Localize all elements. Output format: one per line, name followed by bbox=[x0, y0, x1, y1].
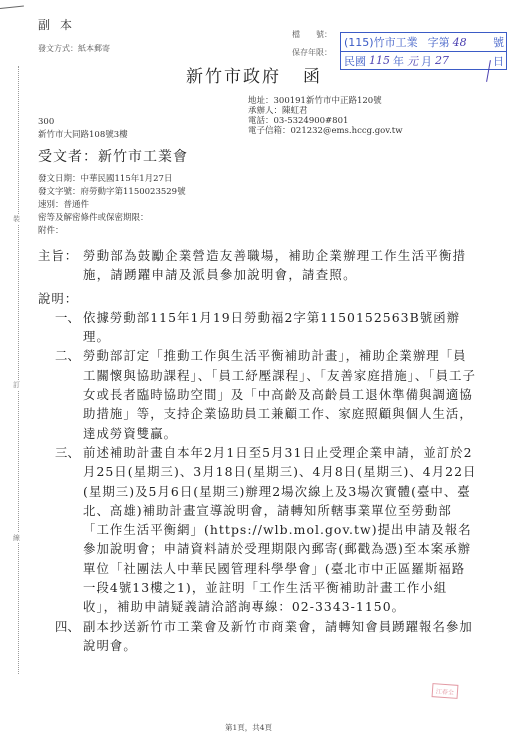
page-number: 第1頁，共4頁 bbox=[225, 722, 272, 733]
explanation-item-4: 四、 副本抄送新竹市工業會及新竹市商業會，請轉知會員踴躍報名參加說明會。 bbox=[38, 617, 498, 656]
item-number: 一、 bbox=[38, 308, 83, 347]
contact-block: 地址：300191新竹市中正路120號 承辦人：陳虹君 電話：03-532490… bbox=[248, 96, 403, 136]
subject-text: 勞動部為鼓勵企業營造友善職場，補助企業辦理工作生活平衡措施，請踴躍申請及派員參加… bbox=[83, 246, 478, 285]
contact-handler: 承辦人：陳虹君 bbox=[248, 106, 403, 116]
stamp-handwritten-day: 27 bbox=[435, 54, 449, 67]
document-body: 主旨： 勞動部為鼓勵企業營造友善職場，補助企業辦理工作生活平衡措施，請踴躍申請及… bbox=[38, 246, 498, 655]
issue-date: 發文日期：中華民國115年1月27日 bbox=[38, 173, 186, 186]
retention-period-label: 保存年限： bbox=[292, 44, 332, 62]
issuing-org: 新竹市政府 bbox=[186, 67, 281, 87]
receipt-stamp: (115)竹市工業 字第 48 號 民國 115 年 元 月 27 日 bbox=[340, 32, 507, 70]
binding-char-zhuang: 裝 bbox=[13, 214, 20, 224]
item-text: 依據勞動部115年1月19日勞動福2字第1150152563B號函辦理。 bbox=[83, 308, 478, 347]
stamp-word: 字第 bbox=[428, 34, 450, 50]
send-method: 發文方式：紙本郵寄 bbox=[38, 43, 110, 54]
stamp-era: 民國 bbox=[344, 53, 366, 69]
postal-code: 300 bbox=[38, 116, 128, 129]
subject: 主旨： 勞動部為鼓勵企業營造友善職場，補助企業辦理工作生活平衡措施，請踴躍申請及… bbox=[38, 246, 498, 285]
stamp-prefix: (115)竹市工業 bbox=[344, 34, 418, 50]
item-text: 勞動部訂定「推動工作與生活平衡補助計畫」，補助企業辦理「員工關懷與協助課程」、「… bbox=[83, 346, 478, 442]
stamp-row-doc-number: (115)竹市工業 字第 48 號 bbox=[341, 33, 506, 51]
item-number: 三、 bbox=[38, 443, 83, 617]
item-number: 二、 bbox=[38, 346, 83, 442]
corner-mark bbox=[0, 5, 24, 9]
stamp-handwritten-year: 115 bbox=[369, 54, 390, 67]
file-number-label: 檔 號： bbox=[292, 26, 332, 44]
document-type: 函 bbox=[303, 67, 322, 87]
stamp-handwritten-number: 48 bbox=[453, 36, 467, 49]
stamp-year-unit: 年 bbox=[393, 53, 404, 69]
binding-char-ding: 訂 bbox=[13, 380, 20, 390]
recipient-address: 300 新竹市大同路108號3樓 bbox=[38, 116, 128, 142]
item-number: 四、 bbox=[38, 617, 83, 656]
item-text: 副本抄送新竹市工業會及新竹市商業會，請轉知會員踴躍報名參加說明會。 bbox=[83, 617, 478, 656]
copy-label: 副本 bbox=[38, 16, 82, 33]
document-meta: 發文日期：中華民國115年1月27日 發文字號：府勞動字第1150023529號… bbox=[38, 173, 186, 238]
explanation-item-1: 一、 依據勞動部115年1月19日勞動福2字第1150152563B號函辦理。 bbox=[38, 308, 498, 347]
stamp-suffix: 號 bbox=[493, 34, 506, 50]
binding-line bbox=[18, 66, 19, 674]
receiver: 受文者：新竹市工業會 bbox=[38, 146, 188, 166]
document-number: 發文字號：府勞動字第1150023529號 bbox=[38, 186, 186, 199]
stamp-day-unit: 日 bbox=[493, 53, 506, 69]
contact-phone: 電話：03-5324900#801 bbox=[248, 116, 403, 126]
stamp-row-date: 民國 115 年 元 月 27 日 bbox=[341, 51, 506, 69]
binding-char-xian: 線 bbox=[13, 533, 20, 543]
contact-address: 地址：300191新竹市中正路120號 bbox=[248, 96, 403, 106]
explanation-item-3: 三、 前述補助計畫自本年2月1日至5月31日止受理企業申請，並訂於2月25日(星… bbox=[38, 443, 498, 617]
contact-email: 電子信箱：021232@ems.hccg.gov.tw bbox=[248, 126, 403, 136]
document-title: 新竹市政府函 bbox=[186, 62, 322, 87]
explanation-label: 說明： bbox=[38, 289, 498, 308]
delivery-speed: 速別：普通件 bbox=[38, 199, 186, 212]
street-address: 新竹市大同路108號3樓 bbox=[38, 129, 128, 142]
explanation-item-2: 二、 勞動部訂定「推動工作與生活平衡補助計畫」，補助企業辦理「員工關懷與協助課程… bbox=[38, 346, 498, 442]
stamp-handwritten-month: 元 bbox=[407, 53, 418, 69]
stamp-month-unit: 月 bbox=[421, 53, 432, 69]
subject-label: 主旨： bbox=[38, 246, 83, 285]
attachments: 附件： bbox=[38, 225, 186, 238]
official-seal: 江春全 bbox=[432, 683, 459, 699]
file-labels: 檔 號： 保存年限： bbox=[292, 26, 332, 62]
secrecy-level: 密等及解密條件或保密期限： bbox=[38, 212, 186, 225]
item-text: 前述補助計畫自本年2月1日至5月31日止受理企業申請，並訂於2月25日(星期三)… bbox=[83, 443, 478, 617]
